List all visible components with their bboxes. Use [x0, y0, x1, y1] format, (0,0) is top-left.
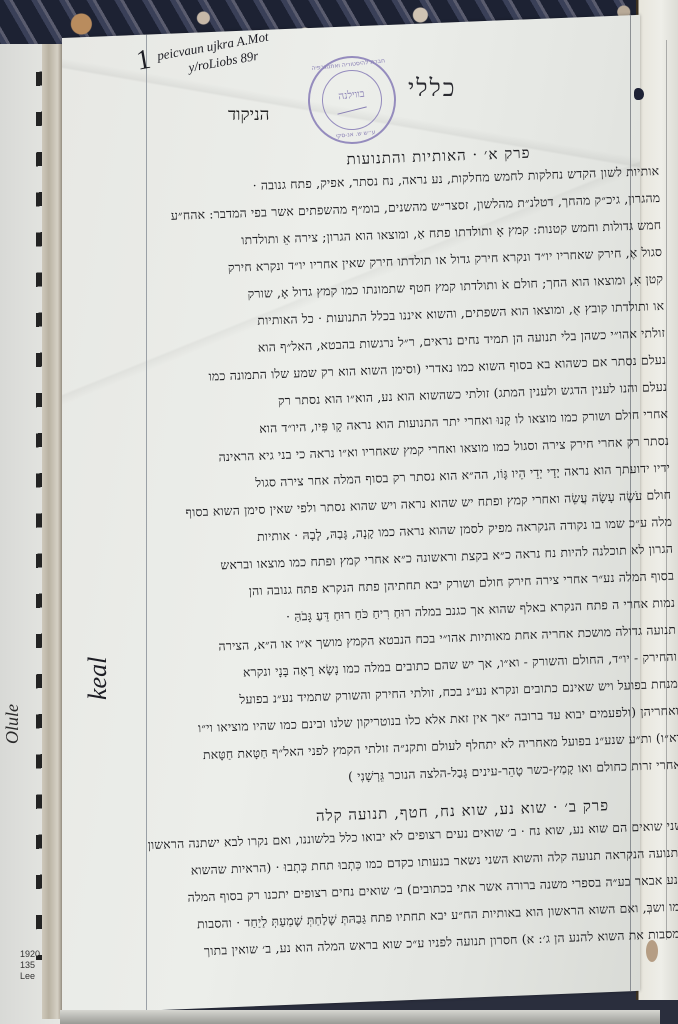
foot-note: Lee [20, 971, 40, 982]
manuscript-body: פרק א׳ · האותיות והתנועות אותיות לשון הק… [98, 138, 678, 968]
archive-stamp: חברת להיסטוריה ואתנוגרפיה ע״ש ש. אנ-סקי … [304, 52, 401, 149]
page-title: כללי [408, 74, 456, 103]
left-page-vertical-note: Olule [2, 604, 22, 744]
foot-note: 135 [20, 960, 40, 971]
page-hole [634, 88, 644, 100]
page-subtitle: הניקוד [228, 105, 269, 125]
page-bottom-edge [60, 1010, 660, 1024]
